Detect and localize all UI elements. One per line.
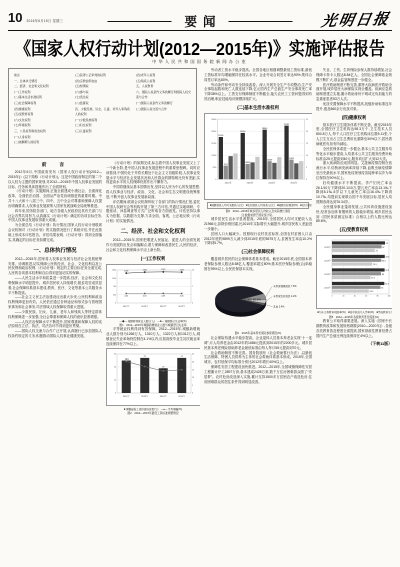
paragraph: 社会保险待遇水平稳步提高。企业退休人员基本养老金实现“十一连调”,月人均养老金由… [204,336,312,351]
svg-text:5: 5 [192,385,193,387]
paragraph: 医疗救助制度不断完善,重特大疾病医疗救助全面开展,城乡居民大病保险实现全覆盖。疾… [316,83,392,102]
svg-text:24565: 24565 [218,135,223,137]
column4-paragraphs: 失业、工伤、生育保险参保人数持续增加,社会保障卡持卡人数达8.84亿人。全国社会… [316,68,392,112]
paragraph: 保障性安居工程建设加快推进。2012—2015年,全国城镇保障性安居工程累计开工… [204,365,312,384]
chart-caption-line: 图2 2012—2015年最低工资标准调整情况 [106,412,200,416]
svg-text:17: 17 [145,364,147,366]
rule-right [229,21,293,22]
svg-text:2015年: 2015年 [178,394,185,398]
legend-entry: ■农村实际增速(%) [300,204,312,207]
paragraph: 妇幼健康水平不断提高。孕产妇死亡率由26.1/10万下降到20.1/10万,婴儿… [316,181,392,205]
svg-text:15: 15 [306,143,308,145]
svg-text:25: 25 [192,354,194,356]
svg-text:2015年: 2015年 [178,304,185,308]
svg-text:1312: 1312 [180,269,184,271]
toc-box: 前言一、总体执行情况二、经济、社会和文化权利(一)工作权利(二)基本生活水准权利… [8,68,197,158]
svg-text:1050: 1050 [112,277,116,279]
paragraph: 2012—2015年,国家将人权事业发展与经济社会发展统筹安排、协调推进,切实保… [8,257,102,276]
toc-column-3: (四)老年人权利(五)残疾人权利五、人权教育六、国际人权条约义务的履行和国际人权… [136,73,191,154]
paragraph: ——社会主义民主法治建设迈出重大步伐,公民权利和政治权利保障更加有效。人民依法通… [8,295,102,310]
paragraph: 《行动计划》实施期间,正值全面建成小康社会、全面深化改革、全面依法治国、全面从严… [8,189,102,208]
svg-text:86: 86 [382,274,384,276]
svg-text:2015年: 2015年 [324,245,331,249]
svg-text:20: 20 [192,362,194,364]
foreword-paragraphs: 2012年6月,中国政府发布《国家人权行动计划(2012—2015年)》(以下简… [8,170,102,243]
svg-text:75: 75 [376,251,378,253]
svg-text:20: 20 [114,367,116,369]
paragraph: 中国将继续从基本国情出发,坚持以人民为中心的发展思想,将人权事业与经济、政治、文… [106,185,200,200]
subsection-heading-education: (五)受教育权利 [316,227,392,233]
svg-text:0: 0 [215,179,216,181]
legend-entry: —◆— 城镇新增就业人数(万人) [119,320,155,323]
svg-text:1266: 1266 [124,270,128,272]
svg-text:2014年: 2014年 [160,394,167,398]
employment-line-chart: 035070010501400071412661310132213124.054… [106,264,200,318]
income-grouped-bar-chart: 0700014000210002800035000051015202524565… [204,113,312,201]
svg-text:2012年: 2012年 [123,394,130,398]
svg-text:20: 20 [306,131,308,133]
legend-entry: ■城镇实际增速(%) [277,204,298,207]
toc-column-2: (三)获得公正审判的权利(四)宗教信仰自由(五)知情权(六)参与权(七)表达权(… [75,73,130,154]
paragraph: 劳动者工资水平稳步提高。全国各地区相继调整最低工资标准,最低工资标准年均增幅保持… [204,68,312,83]
column3-bottom-paragraphs: 社会保险待遇水平稳步提高。企业退休人员基本养老金实现“十一连调”,月人均养老金由… [204,336,312,384]
svg-text:0: 0 [332,296,333,298]
social-security-paragraphs: 覆盖城乡居民的社会保障体系基本建成。截至2015年底,全国基本养老保险参保人数达… [204,257,312,272]
svg-text:30: 30 [114,354,116,356]
newspaper-page: 102016年6月15日 星期三 要闻 光明日报 《国家人权行动计划(2012—… [0,0,400,567]
minwage-bar-chart-svg: 010203005101520252527192720.21714.114.92… [106,348,200,406]
svg-text:7917: 7917 [224,164,228,166]
svg-text:0: 0 [115,393,116,395]
svg-text:350: 350 [113,294,116,296]
byline: 中华人民共和国国务院新闻办公室 [8,59,392,65]
svg-text:2014年: 2014年 [160,304,167,308]
svg-text:未参保城镇居民 7.6%: 未参保城镇居民 7.6% [273,284,297,288]
living-paragraphs: 城乡居民生活水平显著提高。2015年,全国居民人均可支配收入达21966元,扣除… [204,217,312,246]
svg-text:1310: 1310 [143,269,147,271]
paragraph: 评估期间,联席会议机制听取了各部门的执行情况汇报,委托中国人权研究会等机构开展了… [106,200,200,224]
svg-text:26955: 26955 [240,131,245,133]
svg-text:2015年: 2015年 [290,180,298,184]
svg-text:14000: 14000 [211,155,216,157]
paragraph: 覆盖城乡居民的社会保障体系基本建成。截至2015年底,全国基本养老保险参保人数达… [204,257,312,272]
svg-text:92.6: 92.6 [386,257,390,259]
svg-text:64.5: 64.5 [370,291,374,293]
svg-text:10: 10 [114,380,116,382]
section-banner: 要闻 [107,12,292,30]
column2-paragraphs: 《行动计划》的如期完成,标志着中国人权事业发展又上了一个新台阶,是中国人权事业发… [106,161,200,224]
paragraph: 全民健身事业蓬勃发展,公共体育设施建设加快,经常参加体育锻炼的人数稳步增加,城乡… [316,205,392,224]
svg-text:11422: 11422 [289,158,294,160]
main-headline: 《国家人权行动计划(2012—2015年)》实施评估报告 [8,35,392,61]
paragraph: ——人民生活水平和质量进一步提高,经济、社会和文化权利保障水平明显提升。城乡居民… [8,276,102,295]
svg-text:0: 0 [192,393,193,395]
svg-text:0: 0 [192,302,193,304]
paragraph: 重大疾病防治成效明显。艾滋病疫情控制在低流行水平,结核病发病率持续下降,血吸虫病… [316,161,392,180]
income-chart-legend: ■城镇居民人均可支配收入(元)■农村居民人均纯收入(元)■城镇实际增速(%)■农… [207,202,309,209]
education-hbar-chart: 0204060801009387752015年92.686.570.52014年… [316,235,392,309]
svg-text:4.05: 4.05 [124,295,128,297]
svg-text:其他 2.4%: 其他 2.4% [273,305,285,309]
svg-text:1322: 1322 [161,269,165,271]
svg-text:2013年: 2013年 [324,272,331,276]
svg-text:4.05: 4.05 [143,295,147,297]
svg-text:70.5: 70.5 [373,264,377,266]
toc-column-1: 前言一、总体执行情况二、经济、社会和文化权利(一)工作权利(二)基本生活水准权利… [14,73,69,154]
paragraph: 基本医疗卫生服务体系不断完善。截至2015年底,全国医疗卫生机构达98.3万个,… [316,123,392,147]
education-paragraphs: 教育公平取得重要进展。深入实施《国家中长期教育改革和发展规划纲要(2010—20… [316,319,392,338]
svg-text:35000: 35000 [211,119,216,121]
paragraph: 四年来,国务院各部门、地方各级人民政府及其有关部门与社会各界共同努力,认真落实《… [8,209,102,224]
svg-text:14.1: 14.1 [162,369,166,371]
column3-paragraphs: 劳动者工资水平稳步提高。全国各地区相继调整最低工资标准,最低工资标准年均增幅保持… [204,68,312,102]
legend-entry: ■农村居民人均纯收入(元) [246,204,275,207]
legend-entry: ■九年义务教育巩固率(%) ■高中阶段毛入学率(%) [317,311,374,314]
rule-left [107,21,171,22]
svg-text:40: 40 [354,296,356,298]
work-rights-paragraphs: 平等就业权利得到有效保障。2012—2015年,城镇新增就业人数分别为1266万… [106,327,200,346]
svg-text:91.8: 91.8 [385,284,389,286]
svg-text:14.9: 14.9 [181,368,185,370]
page-header: 102016年6月15日 星期三 要闻 光明日报 [8,9,392,29]
minwage-chart-caption: 图2 2012—2015年最低工资标准调整情况 [106,412,200,416]
toc-entry: (二)国际人权交流与合作 [136,107,191,113]
svg-text:27: 27 [144,356,146,358]
svg-text:10: 10 [306,155,308,157]
text-column-4: 失业、工伤、生育保险参保人数持续增加,社会保障卡持卡人数达8.84亿人。全国社会… [316,68,392,561]
paragraph: 失业、工伤、生育保险参保人数持续增加,社会保障卡持卡人数达8.84亿人。全国社会… [316,68,392,83]
svg-text:20.2: 20.2 [125,359,129,361]
text-column-2: 《行动计划》的如期完成,标志着中国人权事业发展又上了一个新台阶,是中国人权事业发… [106,161,200,561]
education-hbar-chart-svg: 0204060801009387752015年92.686.570.52014年… [316,235,392,309]
section-title: 要闻 [178,12,221,30]
education-chart-legend: ■九年义务教育巩固率(%) ■高中阶段毛入学率(%)■学前教育毛入园率(%) [316,311,392,314]
svg-text:7: 7 [192,286,193,288]
overall-paragraphs: 2012—2015年,国家将人权事业发展与经济社会发展统筹安排、协调推进,切实保… [8,257,102,339]
section-heading-overall: 一、总体执行情况 [8,246,102,254]
minwage-bar-chart: 010203005101520252527192720.21714.114.92… [106,348,200,406]
date-line: 2016年6月15日 星期三 [26,19,63,23]
svg-text:2012年: 2012年 [123,304,130,308]
svg-text:5: 5 [306,167,307,169]
svg-text:2014年: 2014年 [324,259,331,263]
svg-text:2013年: 2013年 [141,394,148,398]
paragraph: 社会救助制度不断完善。国务院颁布《社会救助暂行办法》,以最低生活保障、特困人员供… [204,351,312,366]
foreword-heading: 前 言 [8,161,102,168]
toc-entry: 六、国际人权条约义务的履行和国际人权交流与合作 [136,90,191,101]
svg-text:100: 100 [388,296,391,298]
paragraph: 2012年6月,中国政府发布《国家人权行动计划(2012—2015年)》(以下简… [8,170,102,189]
subsection-heading-social-security: (三)社会保障权利 [204,249,312,255]
svg-text:2012年: 2012年 [225,180,233,184]
paragraph: 教育公平取得重要进展。深入实施《国家中长期教育改革和发展规划纲要(2010—20… [316,319,392,338]
paragraph: 平等就业权利得到有效保障。2012—2015年,城镇新增就业人数分别为1266万… [106,327,200,346]
paragraph: 《行动计划》的如期完成,标志着中国人权事业发展又上了一个新台阶,是中国人权事业发… [106,161,200,185]
employment-chart-legend: —◆— 城镇新增就业人数(万人)—■— 城镇登记失业率(%) [106,320,200,323]
svg-text:80: 80 [377,296,379,298]
pension-pie-chart-svg: 未参保城镇居民 7.6%未参保农村居民 4.2%其他 2.4%已参加基本养老保险… [204,273,312,330]
svg-text:10: 10 [192,377,194,379]
paragraph: 城乡居民生活水平显著提高。2015年,全国居民人均可支配收入达21966元,扣除… [204,217,312,232]
svg-text:7000: 7000 [212,167,216,169]
svg-text:0: 0 [306,179,307,181]
svg-text:1400: 1400 [112,269,116,271]
svg-text:20: 20 [342,296,344,298]
header-rule [8,30,392,31]
legend-entry: ■学前教育毛入园率(%) [376,311,392,314]
svg-text:60: 60 [365,296,367,298]
section-heading-esc-rights: 二、经济、社会和文化权利 [106,227,200,235]
subsection-heading-health: (四)健康权利 [316,115,392,121]
svg-text:4.05: 4.05 [180,295,184,297]
toc-entry: 四、少数民族、妇女、儿童、老年人和残疾人的权利 [75,107,130,118]
svg-text:14: 14 [192,269,194,271]
toc-entry: (二)被羁押人的权利 [14,140,69,146]
continued-notice: （下转11版） [316,341,392,347]
svg-text:25: 25 [306,119,308,121]
svg-text:85: 85 [381,288,383,290]
subsection-heading-work: (一)工作权利 [106,256,200,262]
svg-text:86.5: 86.5 [382,261,386,263]
legend-entry: —●— 平均增幅(%) [161,408,183,411]
pension-pie-chart: 未参保城镇居民 7.6%未参保农村居民 4.2%其他 2.4%已参加基本养老保险… [204,273,312,330]
svg-text:0: 0 [115,302,116,304]
svg-text:4.09: 4.09 [161,295,165,297]
paragraph: ——国际人权交流与合作广泛开展,认真履行已参加国际人权条约规定的义务,积极推动国… [8,329,102,339]
paragraph: ——少数民族、妇女、儿童、老年人和残疾人等特定群体权利保障进一步加强,全社会尊重… [8,310,102,320]
employment-line-chart-svg: 035070010501400071412661310132213124.054… [106,264,200,318]
paragraph: 优抚安置保障水平不断提高,抚恤补助标准连年提升,惠及860余万优抚对象。 [316,102,392,112]
svg-text:92.3: 92.3 [385,270,389,272]
svg-text:2012年: 2012年 [324,286,331,290]
svg-text:8896: 8896 [245,162,249,164]
svg-text:67.5: 67.5 [371,278,375,280]
masthead-logo: 光明日报 [320,8,392,31]
legend-entry: ■城镇居民人均可支配收入(元) [210,204,244,207]
paragraph: 劳动条件和劳动安全持续改善。深入开展安全生产专项整治,生产安全事故起数和死亡人数… [204,83,312,102]
svg-text:93: 93 [386,243,388,245]
esc-intro-paragraphs: 2012—2015年,国家把增进人民福祉、促进人的全面发展作为发展的出发点和落脚… [106,238,200,253]
paragraph: ——人权法治保障水平不断提升,国家尊重和保障人权的宪法原则在立法、执法、司法各环… [8,320,102,330]
svg-text:27: 27 [181,356,183,358]
svg-text:700: 700 [113,286,116,288]
paragraph: 为全面总结《行动计划》执行情况,国家人权行动计划联席会议机制对《行动计划》的实施… [8,223,102,242]
svg-text:未参保农村居民 4.2%: 未参保农村居民 4.2% [273,295,297,299]
paragraph: 2012—2015年,国家把增进人民福祉、促进人的全面发展作为发展的出发点和落脚… [106,238,200,253]
svg-text:28844: 28844 [262,128,268,130]
svg-text:28000: 28000 [211,131,216,133]
paragraph: 全民医保体系进一步健全,基本公共卫生服务均等化水平稳步提高,人均基本公共卫生服务… [316,147,392,162]
health-paragraphs: 基本医疗卫生服务体系不断完善。截至2015年底,全国医疗卫生机构达98.3万个,… [316,123,392,225]
subsection-heading-living: (二)基本生活水准权利 [204,105,312,111]
svg-text:15: 15 [192,370,194,372]
svg-text:31195: 31195 [284,124,289,126]
text-column-1: 前 言 2012年6月,中国政府发布《国家人权行动计划(2012—2015年)》… [8,161,102,561]
svg-text:21000: 21000 [211,143,216,145]
svg-text:已参加基本养老保险 85.8%: 已参加基本养老保险 85.8% [226,298,261,302]
text-column-3: 劳动者工资水平稳步提高。全国各地区相继调整最低工资标准,最低工资标准年均增幅保持… [204,68,312,561]
svg-text:2014年: 2014年 [269,180,277,184]
paragraph: 贫困人口大幅减少。按照现行农村扶贫标准,全国农村贫困人口由2012年底的9899… [204,232,312,247]
toc-entry: (三)儿童权利 [75,129,130,135]
svg-text:2013年: 2013年 [141,304,148,308]
svg-text:10489: 10489 [267,159,272,161]
svg-text:2013年: 2013年 [247,180,255,184]
income-grouped-bar-chart-svg: 0700014000210002800035000051015202524565… [204,113,312,201]
legend-entry: ■ 调整最低工资标准地区数(个) [124,408,159,411]
page-number: 10 [8,10,22,25]
legend-entry: —■— 城镇登记失业率(%) [157,320,186,323]
svg-text:87: 87 [382,247,384,249]
